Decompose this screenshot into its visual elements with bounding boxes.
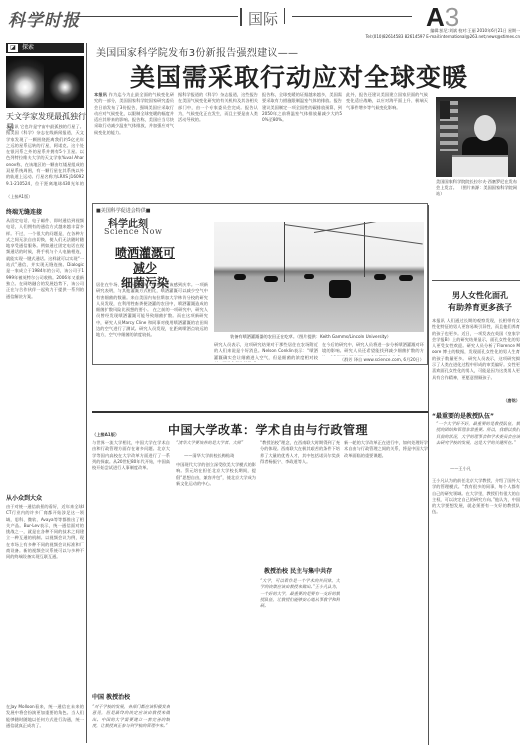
right-credit: （唐铭） <box>480 398 520 405</box>
column-divider-right <box>428 205 429 745</box>
right-headline-line1: 男人女性化面孔 <box>440 290 520 302</box>
article-body: 本报讯 它也许是宇宙中最孤独的行星了。 据美国《科学》杂志在线新闻报道，天文学家… <box>6 124 84 186</box>
article-text: 据美国《科学》杂志在线新闻报道，天文学家发现了一颗围绕距离我们约5亿光年之远的星… <box>6 130 84 186</box>
article-lead: 本报讯 它也许是宇宙中最孤独的行星了。 <box>6 124 84 129</box>
masthead-divider <box>284 8 285 24</box>
continuation-note: （上接A1版） <box>6 194 84 202</box>
sprinkler-tower <box>364 222 365 277</box>
second-body-col2: 中国现代大学的创立深受欧美大学模式的影响。蔡元培在担任北京大学校长期间，提倡“思… <box>176 462 256 742</box>
galaxy-image-left <box>6 56 44 108</box>
second-section-heading: 教授治校 民主与集中共存 <box>264 566 332 575</box>
section-body: 从固定电话、电子邮件、即时通信到视频电话，人们拥有的通信方式越来越丰富多样。不过… <box>6 218 84 490</box>
flag-canton <box>440 101 450 119</box>
second-quote: “清华大学要培养的是大学者、大师” <box>176 440 256 452</box>
photo-caption: 美国国家科学院院长拉尔夫·西塞罗尼在发布会上发言。 （图片来源：美国国家科学院网… <box>436 179 518 197</box>
second-section-heading-2: 中国 教授治校 <box>92 692 130 701</box>
right-body-text: 本报讯 人们通过长期的观察发现，长相带有女性化特征的男人更容易吸引异性，而且他们… <box>432 318 520 361</box>
byline: 本报讯 <box>94 92 107 97</box>
quote-text: “一个大学好不好，最重要的是教授队伍，教授的团结和管理非常重要。所以，我想以我们… <box>436 421 520 465</box>
section-tag: ◪ 探索 <box>6 43 84 53</box>
box-tag: ■美国科学促进会特供■ <box>96 207 150 214</box>
story-headline: 美国需采取行动应对全球变暖 <box>130 58 468 94</box>
section-body-3: 在Jay Molloon看来，统一通信在未来的发展中将会扮演更加重要的角色。当人… <box>6 704 84 740</box>
speaker-photo <box>436 97 516 177</box>
editor-info: 编辑:彭尼:刘斌 校对:王丽 2010年6月21日 星期一 Tel:(010)8… <box>350 28 520 40</box>
section-label: 国际 <box>248 8 278 29</box>
second-body-col1: 与世界一流大学相比，中国大学在学术自由和行政管理方面存在诸多问题。北京大学等国内… <box>92 440 170 672</box>
sprinkler-arm <box>284 224 423 244</box>
cow <box>374 274 386 280</box>
masthead-divider <box>240 8 242 26</box>
story-kicker: 美国国家科学院发布3份新报告强烈建议—— <box>96 44 298 59</box>
second-body-col3b: “大学，可以看作是一个学术的共同体，大学的决策应该由教授来做出。”王小凡认为，一… <box>260 578 340 742</box>
right-headline-line2: 有助养育更多孩子 <box>440 302 520 314</box>
contact-line: Tel:(010)82614583 82614597 E-mail:intern… <box>350 34 520 40</box>
cow <box>399 275 413 281</box>
irrigation-photo-caption: 装备有喷洒灌溉器的农田正在吃草。（图片提供：Keith Gamms/Lincol… <box>230 334 391 340</box>
box-body-col2: 研究人员表示，这项研究结果对于那些居住在农场附近的人们来说是个好消息。Nelso… <box>214 342 318 362</box>
box-headline-line1: 喷洒灌溉可减少 <box>110 246 180 276</box>
tag-logo-icon: ◪ <box>8 44 18 52</box>
second-body-col4: 新一轮的大学改革正在进行中，如何处理好学术自由与行政管理之间的关系，将是中国大学… <box>344 440 428 742</box>
story-body-col1: 本报讯 作为迄今为止最全面的气候变化研究的一部分，美国国家科学院国家研究委员会日… <box>94 92 174 200</box>
box-body: 居住在牛场、奶牛场附近的人们或许应该感到庆幸。一项新研究表明，与其他灌溉方式相比… <box>96 282 208 362</box>
second-continuation: （上接A1版） <box>92 432 170 438</box>
galaxy-image-right <box>46 56 84 108</box>
second-body-col1b: “对于学校的发展，各部门都应该积极发表意见，但是最终的决定应该由教授来做出。中国… <box>92 704 170 742</box>
box-body-col3: 在今后的研究中，研究人员将进一步分析喷洒灌溉对环境的影响。研究人员还希望能找到减… <box>322 342 424 356</box>
cow-foreground <box>329 280 351 298</box>
second-story-headline: 中国大学改革：学术自由与行政管理 <box>168 421 368 438</box>
section-heading: 终端无缝连接 <box>6 207 42 216</box>
right-headline: 男人女性化面孔 有助养育更多孩子 <box>440 290 520 314</box>
divider <box>432 280 520 281</box>
cow <box>304 274 314 279</box>
newspaper-masthead-logo: 科学时报 <box>8 6 80 31</box>
column-divider <box>86 43 87 743</box>
cow <box>264 276 278 282</box>
masthead-rule <box>78 16 238 17</box>
quote-heading: “最重要的是教授队伍” <box>432 411 494 420</box>
cow <box>234 274 246 280</box>
quote-author: ——王小凡 <box>450 466 510 473</box>
box-subtitle: Science Now <box>104 227 162 236</box>
story-text: 作为迄今为止最全面的气候变化研究的一部分，美国国家科学院国家研究委员会日前发布了… <box>94 92 174 135</box>
section-body-2: 由于对统一通信前景的看好，近年来全球ICT行业内的许多厂商都开始涉足这一领域，思… <box>6 504 84 704</box>
section-heading-2: 从小众到大众 <box>6 493 42 502</box>
story-body-col4: 此外，报告还建议美国建立国家层面的气候变化适应战略，以应对海平面上升、极端天气事… <box>346 92 428 200</box>
second-quote-author: ——清华大学前校长梅贻琦 <box>184 453 256 459</box>
right-body: 本报讯 人们通过长期的观察发现，长相带有女性化特征的男人更容易吸引异性，而且他们… <box>432 318 520 398</box>
story-divider <box>92 411 428 413</box>
tag-label: 探索 <box>22 44 34 51</box>
sprinkler-tower <box>284 222 285 282</box>
irrigation-photo <box>214 222 424 332</box>
masthead-rule <box>292 16 412 17</box>
story-body-col2: 据科学报道的《科学》杂志报道，这些报告在美国气候变化研究的有关机构及其各相关部门… <box>178 92 258 200</box>
speaker-head <box>474 115 496 141</box>
second-body-col3: “教授治校”理念，在西南联大时期得到了充分的体现。西南联大在极其艰苦的条件下培养… <box>260 440 340 560</box>
podium <box>452 155 508 177</box>
galaxy-image <box>6 56 84 108</box>
right-body-3: 王小凡认为的前任北京大学教授，介绍了国外大学的管理模式。“我有很多的同事，每个人… <box>432 478 520 740</box>
box-credit: （群芳 译自 www.science.com, 6月20日） <box>330 357 424 364</box>
story-body-col3: 报告称，全球变暖的证据越来越多，美国需要采取有力措施限制温室气体的排放。报告建议… <box>262 92 342 200</box>
